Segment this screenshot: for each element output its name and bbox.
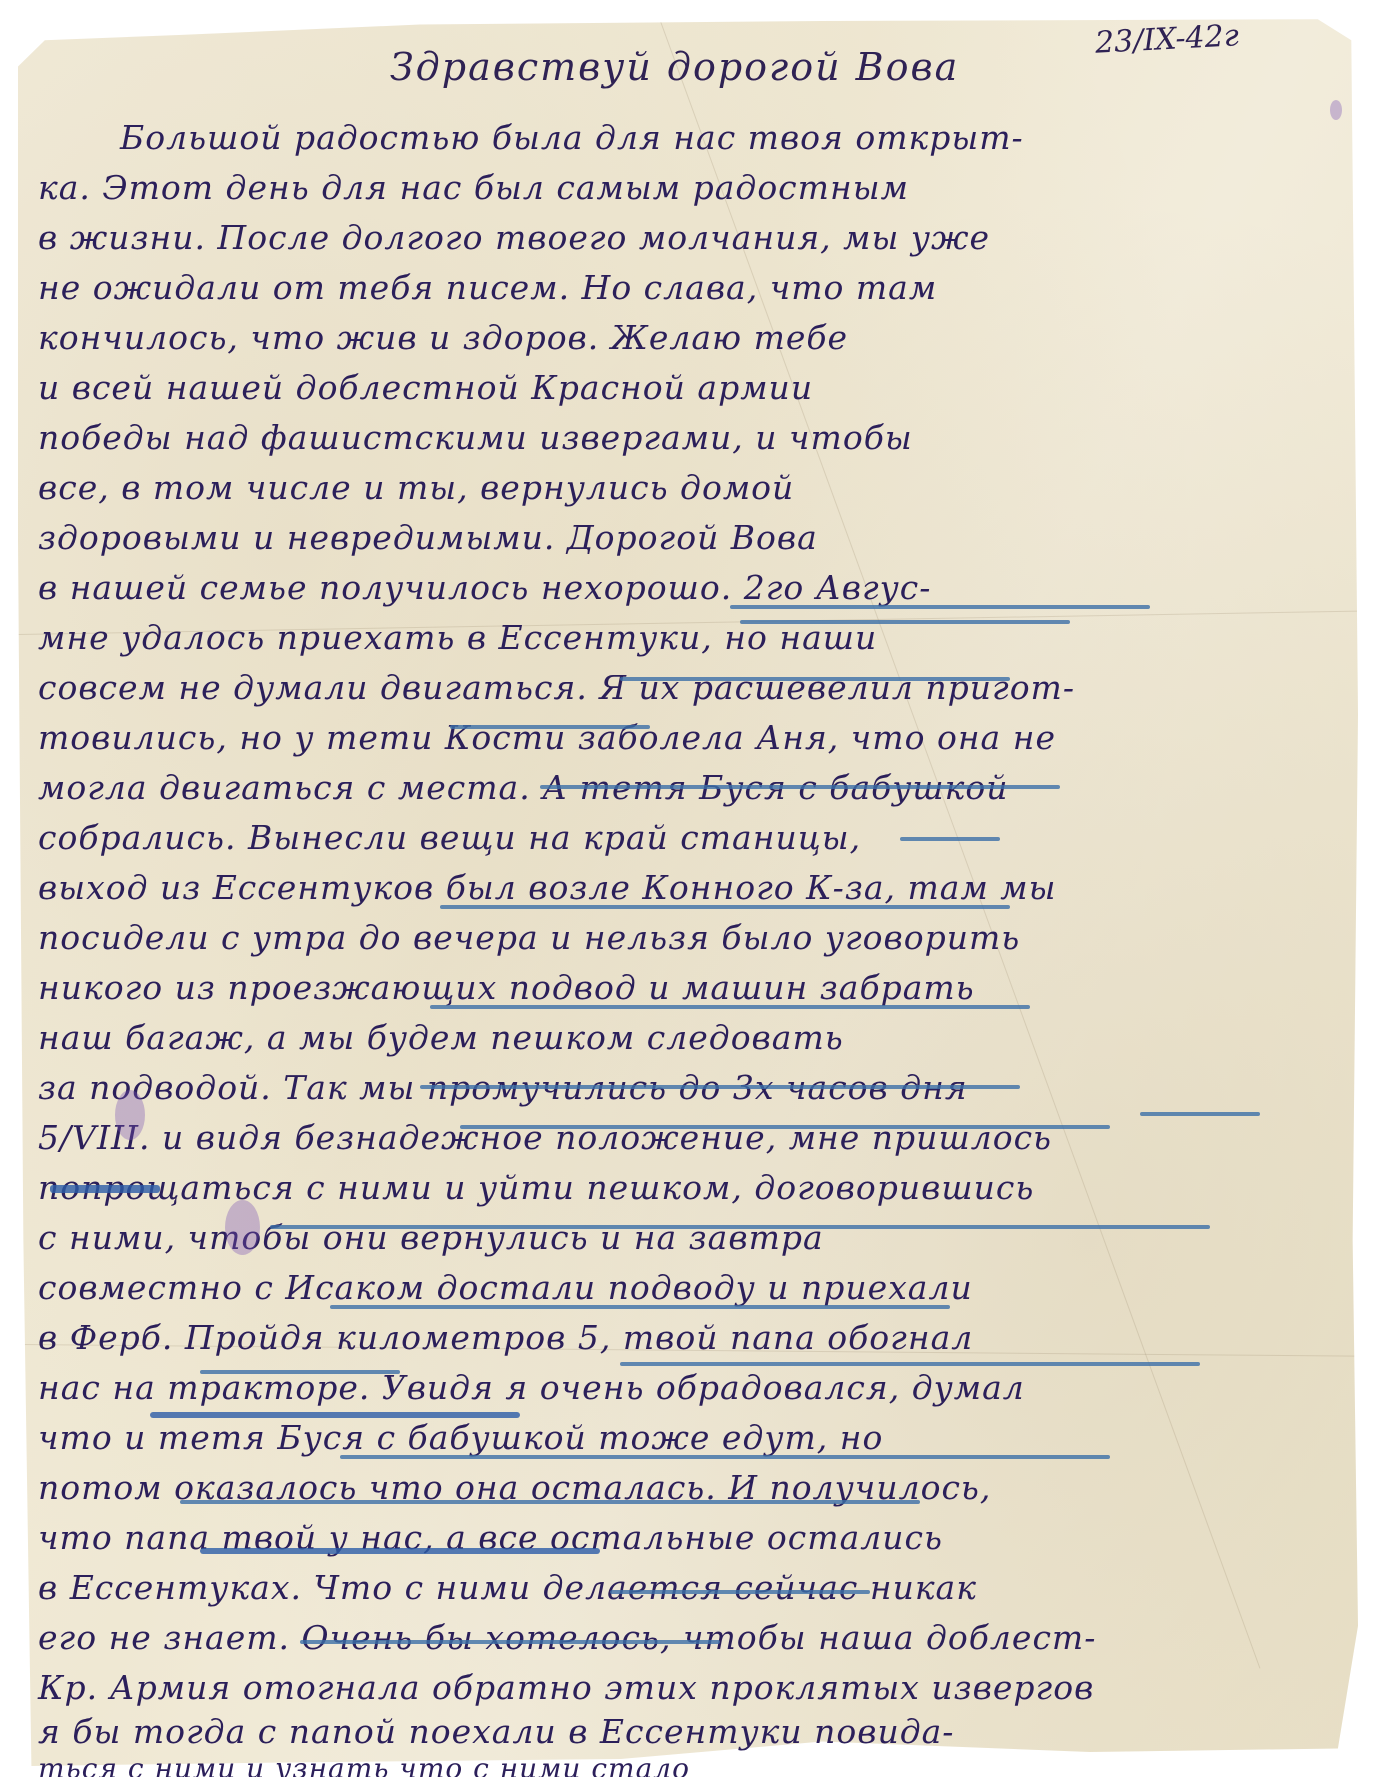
ink-stain bbox=[1330, 100, 1342, 120]
pencil-underline bbox=[460, 1125, 1110, 1129]
letter-line: кончилось, что жив и здоров. Желаю тебе bbox=[38, 318, 1338, 357]
letter-line: ка. Этот день для нас был самым радостны… bbox=[38, 168, 1338, 207]
letter-line: совместно с Исаком достали подводу и при… bbox=[38, 1268, 1338, 1307]
pencil-underline bbox=[620, 1362, 1200, 1366]
letter-line: мне удалось приехать в Ессентуки, но наш… bbox=[38, 618, 1338, 657]
letter-line: попрощаться с ними и уйти пешком, догово… bbox=[38, 1168, 1338, 1207]
letter-line: здоровыми и невредимыми. Дорогой Вова bbox=[38, 518, 1338, 557]
pencil-underline bbox=[420, 1085, 1020, 1089]
pencil-underline bbox=[900, 837, 1000, 841]
letter-line: наш багаж, а мы будем пешком следовать bbox=[38, 1018, 1338, 1057]
letter-line: победы над фашистскими извергами, и чтоб… bbox=[38, 418, 1338, 457]
letter-line: все, в том числе и ты, вернулись домой bbox=[38, 468, 1338, 507]
pencil-underline bbox=[620, 677, 1010, 681]
letter-line: в нашей семье получилось нехорошо. 2го А… bbox=[38, 568, 1338, 607]
letter-line: 5/VIII. и видя безнадежное положение, мн… bbox=[38, 1118, 1338, 1157]
ink-stain bbox=[115, 1090, 145, 1140]
pencil-underline bbox=[200, 1548, 600, 1554]
pencil-underline bbox=[340, 1455, 1110, 1459]
letter-line: в Ессентуках. Что с ними делается сейчас… bbox=[38, 1568, 1338, 1607]
pencil-underline bbox=[430, 1005, 1030, 1009]
letter-line: не ожидали от тебя писем. Но слава, что … bbox=[38, 268, 1338, 307]
letter-line: ться с ними и узнать что с ними стало bbox=[38, 1752, 1338, 1777]
ink-stain bbox=[225, 1200, 260, 1255]
pencil-underline bbox=[180, 1500, 920, 1504]
letter-line: я бы тогда с папой поехали в Ессентуки п… bbox=[38, 1712, 1338, 1751]
pencil-underline bbox=[440, 905, 1010, 909]
pencil-underline bbox=[150, 1412, 520, 1418]
pencil-underline bbox=[540, 785, 1060, 789]
pencil-underline bbox=[330, 1305, 950, 1309]
letter-line: посидели с утра до вечера и нельзя было … bbox=[38, 918, 1338, 957]
letter-line: что и тетя Буся с бабушкой тоже едут, но bbox=[38, 1418, 1338, 1457]
letter-line: Кр. Армия отогнала обратно этих прокляты… bbox=[38, 1668, 1338, 1707]
letter-line: в Ферб. Пройдя километров 5, твой папа о… bbox=[38, 1318, 1338, 1357]
pencil-underline bbox=[1140, 1112, 1260, 1116]
pencil-underline bbox=[50, 1185, 160, 1193]
letter-line: в жизни. После долгого твоего молчания, … bbox=[38, 218, 1338, 257]
letter-line: собрались. Вынесли вещи на край станицы, bbox=[38, 818, 1338, 857]
letter-line: никого из проезжающих подвод и машин заб… bbox=[38, 968, 1338, 1007]
pencil-underline bbox=[610, 1590, 870, 1594]
letter-line: товились, но у тети Кости заболела Аня, … bbox=[38, 718, 1338, 757]
pencil-underline bbox=[730, 605, 1150, 609]
pencil-underline bbox=[200, 1370, 400, 1374]
letter-line: его не знает. Очень бы хотелось, чтобы н… bbox=[38, 1618, 1338, 1657]
letter-line: и всей нашей доблестной Красной армии bbox=[38, 368, 1338, 407]
letter-line: совсем не думали двигаться. Я их расшеве… bbox=[38, 668, 1338, 707]
letter-greeting: Здравствуй дорогой Вова bbox=[390, 45, 959, 89]
pencil-underline bbox=[450, 725, 650, 729]
letter-line: Большой радостью была для нас твоя откры… bbox=[120, 118, 1373, 157]
pencil-underline bbox=[270, 1225, 1210, 1229]
pencil-underline bbox=[300, 1640, 720, 1644]
pencil-underline bbox=[740, 620, 1070, 624]
letter-line: выход из Ессентуков был возле Конного К-… bbox=[38, 868, 1338, 907]
